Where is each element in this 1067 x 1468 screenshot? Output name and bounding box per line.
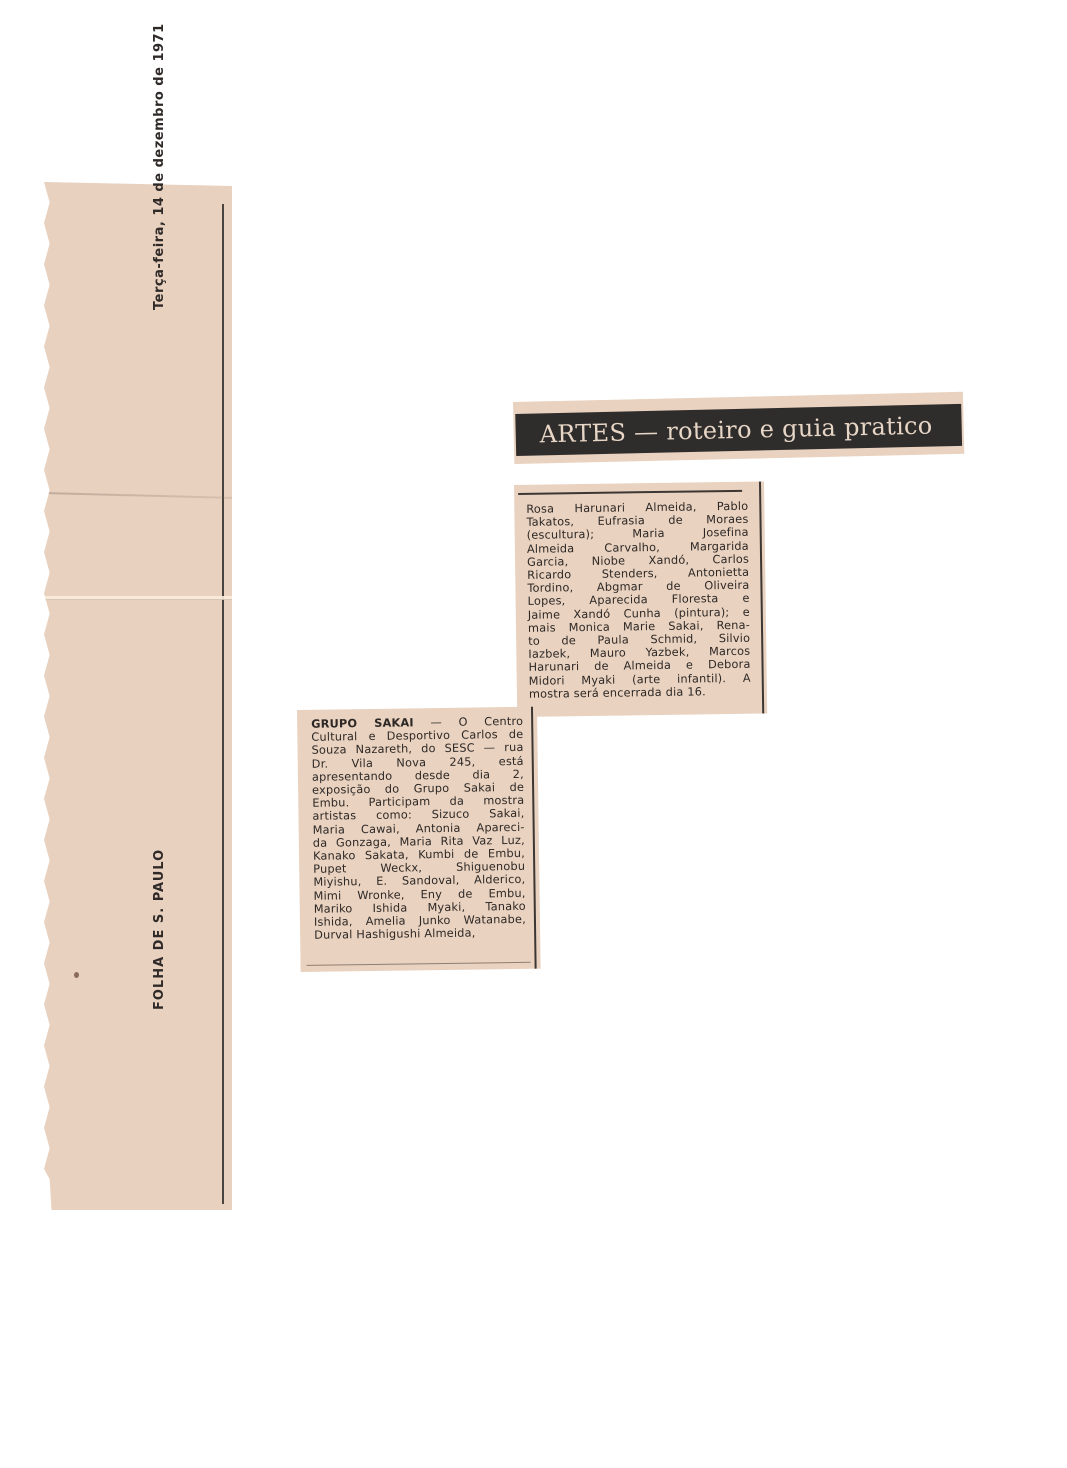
issue-date: Terça-feira, 14 de dezembro de 1971 bbox=[152, 23, 167, 310]
text-line: Durval Hashigushi Almeida, bbox=[314, 926, 526, 942]
column-side-rule bbox=[759, 482, 764, 714]
column-rule bbox=[222, 204, 224, 1204]
paper-crease bbox=[44, 492, 232, 499]
column-top-rule bbox=[518, 490, 742, 495]
article-text-left: GRUPO SAKAI — O Centro Cultural e Despor… bbox=[311, 715, 526, 942]
section-header-clipping: ARTES — roteiro e guia pratico bbox=[513, 392, 964, 464]
text-line: — O Centro bbox=[430, 715, 523, 729]
text-line: mostra será encerrada dia 16. bbox=[529, 685, 751, 701]
section-title: ARTES — roteiro e guia pratico bbox=[515, 404, 962, 456]
article-column-left: GRUPO SAKAI — O Centro Cultural e Despor… bbox=[297, 707, 541, 972]
article-column-right: Rosa Harunari Almeida, Pablo Takatos, Eu… bbox=[514, 482, 767, 717]
newspaper-margin-strip bbox=[44, 182, 232, 1210]
column-bottom-edge bbox=[307, 962, 531, 966]
article-lead: GRUPO SAKAI bbox=[311, 716, 414, 730]
article-text-right: Rosa Harunari Almeida, Pablo Takatos, Eu… bbox=[526, 500, 751, 701]
publication-name: FOLHA DE S. PAULO bbox=[152, 849, 167, 1010]
paper-stain bbox=[74, 972, 79, 978]
column-side-rule bbox=[531, 707, 537, 969]
paper-fold bbox=[44, 596, 232, 600]
